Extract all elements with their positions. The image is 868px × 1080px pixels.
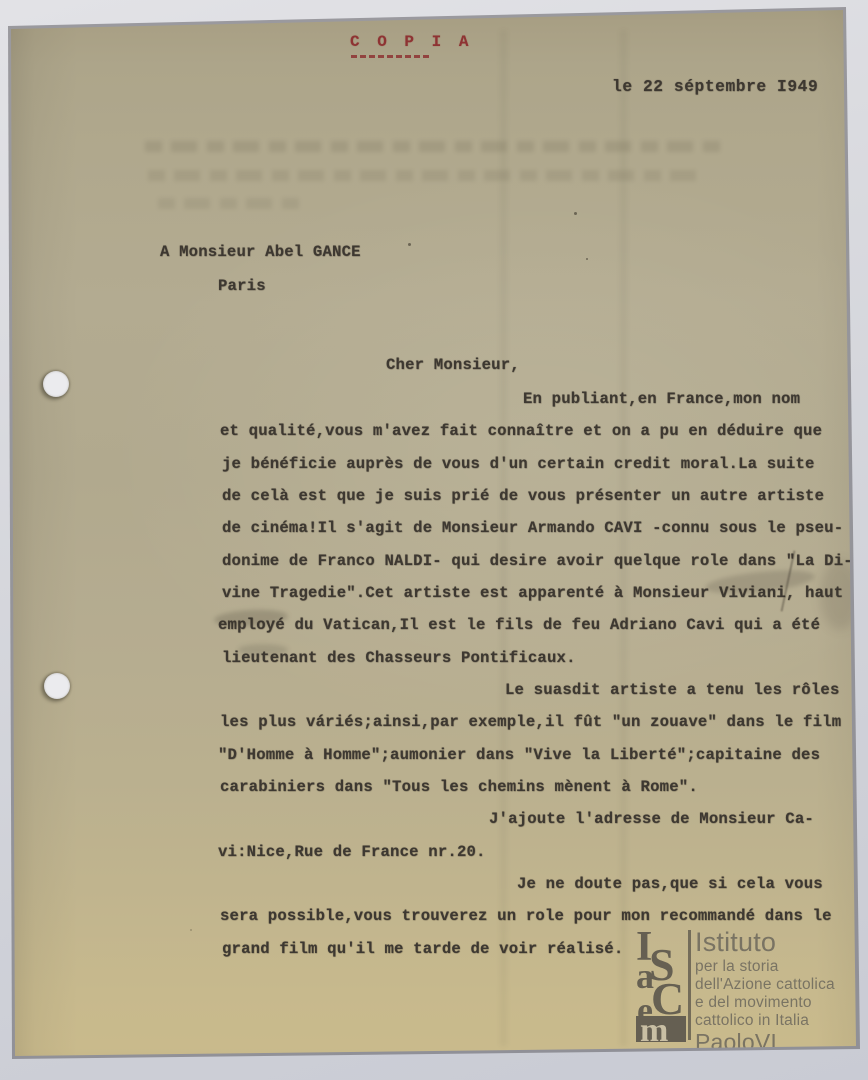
watermark-text: Istituto per la storia dell'Azione catto… — [695, 929, 835, 1054]
scan-streak — [620, 30, 627, 1046]
copy-stamp: C O P I A — [350, 33, 472, 51]
letter-line: les plus váriés;ainsi,par exemple,il fût… — [220, 713, 841, 731]
letter-line: donime de Franco NALDI- qui desire avoir… — [222, 552, 853, 570]
letter-line: je bénéficie auprès de vous d'un certain… — [222, 455, 815, 473]
letter-line: sera possible,vous trouverez un role pou… — [220, 907, 832, 925]
letter-line: Le suasdit artiste a tenu les rôles — [505, 681, 840, 699]
letter-line: J'ajoute l'adresse de Monsieur Ca- — [489, 810, 814, 828]
watermark-line: dell'Azione cattolica — [695, 977, 835, 993]
bleed-through-text — [145, 141, 720, 152]
recipient-city: Paris — [218, 277, 266, 295]
letter-line: de celà est que je suis prié de vous pré… — [222, 487, 824, 505]
punch-hole — [44, 673, 70, 699]
ink-smudge — [238, 644, 288, 656]
watermark-line: cattolico in Italia — [695, 1013, 835, 1029]
speck — [586, 258, 588, 260]
speck — [574, 212, 577, 215]
punch-hole — [43, 371, 69, 397]
watermark-divider — [688, 930, 691, 1040]
scanned-letter-page: { "scan": { "stamp": { "text": "C O P I … — [0, 0, 868, 1080]
letter-line: et qualité,vous m'avez fait connaître et… — [220, 422, 822, 440]
watermark-line: per la storia — [695, 959, 835, 975]
watermark-line: Istituto — [695, 929, 835, 956]
salutation: Cher Monsieur, — [386, 356, 520, 374]
watermark-line: e del movimento — [695, 995, 835, 1011]
speck — [190, 929, 192, 931]
letter-paper: C O P I A le 22 séptembre I949 A Monsieu… — [0, 0, 868, 1080]
isacem-monogram: I S a C e m — [636, 928, 686, 1042]
letter-line: employé du Vatican,Il est le fils de feu… — [218, 616, 820, 634]
letter-line: grand film qu'il me tarde de voir réalis… — [222, 940, 623, 958]
monogram-letter: m — [640, 1014, 668, 1048]
letter-line: En publiant,en France,mon nom — [523, 390, 800, 408]
date-line: le 22 séptembre I949 — [612, 78, 818, 96]
letter-line: carabiniers dans "Tous les chemins mènen… — [220, 778, 698, 796]
letter-line: vi:Nice,Rue de France nr.20. — [218, 843, 486, 861]
letter-line: Je ne doute pas,que si cela vous — [517, 875, 823, 893]
bleed-through-text — [158, 198, 308, 209]
letter-line: de cinéma!Il s'agit de Monsieur Armando … — [222, 519, 843, 537]
recipient-name: A Monsieur Abel GANCE — [160, 243, 361, 261]
speck — [408, 243, 411, 246]
letter-line: "D'Homme à Homme";aumonier dans "Vive la… — [218, 746, 820, 764]
copy-stamp-underline — [351, 55, 429, 58]
scan-streak — [500, 30, 507, 1046]
